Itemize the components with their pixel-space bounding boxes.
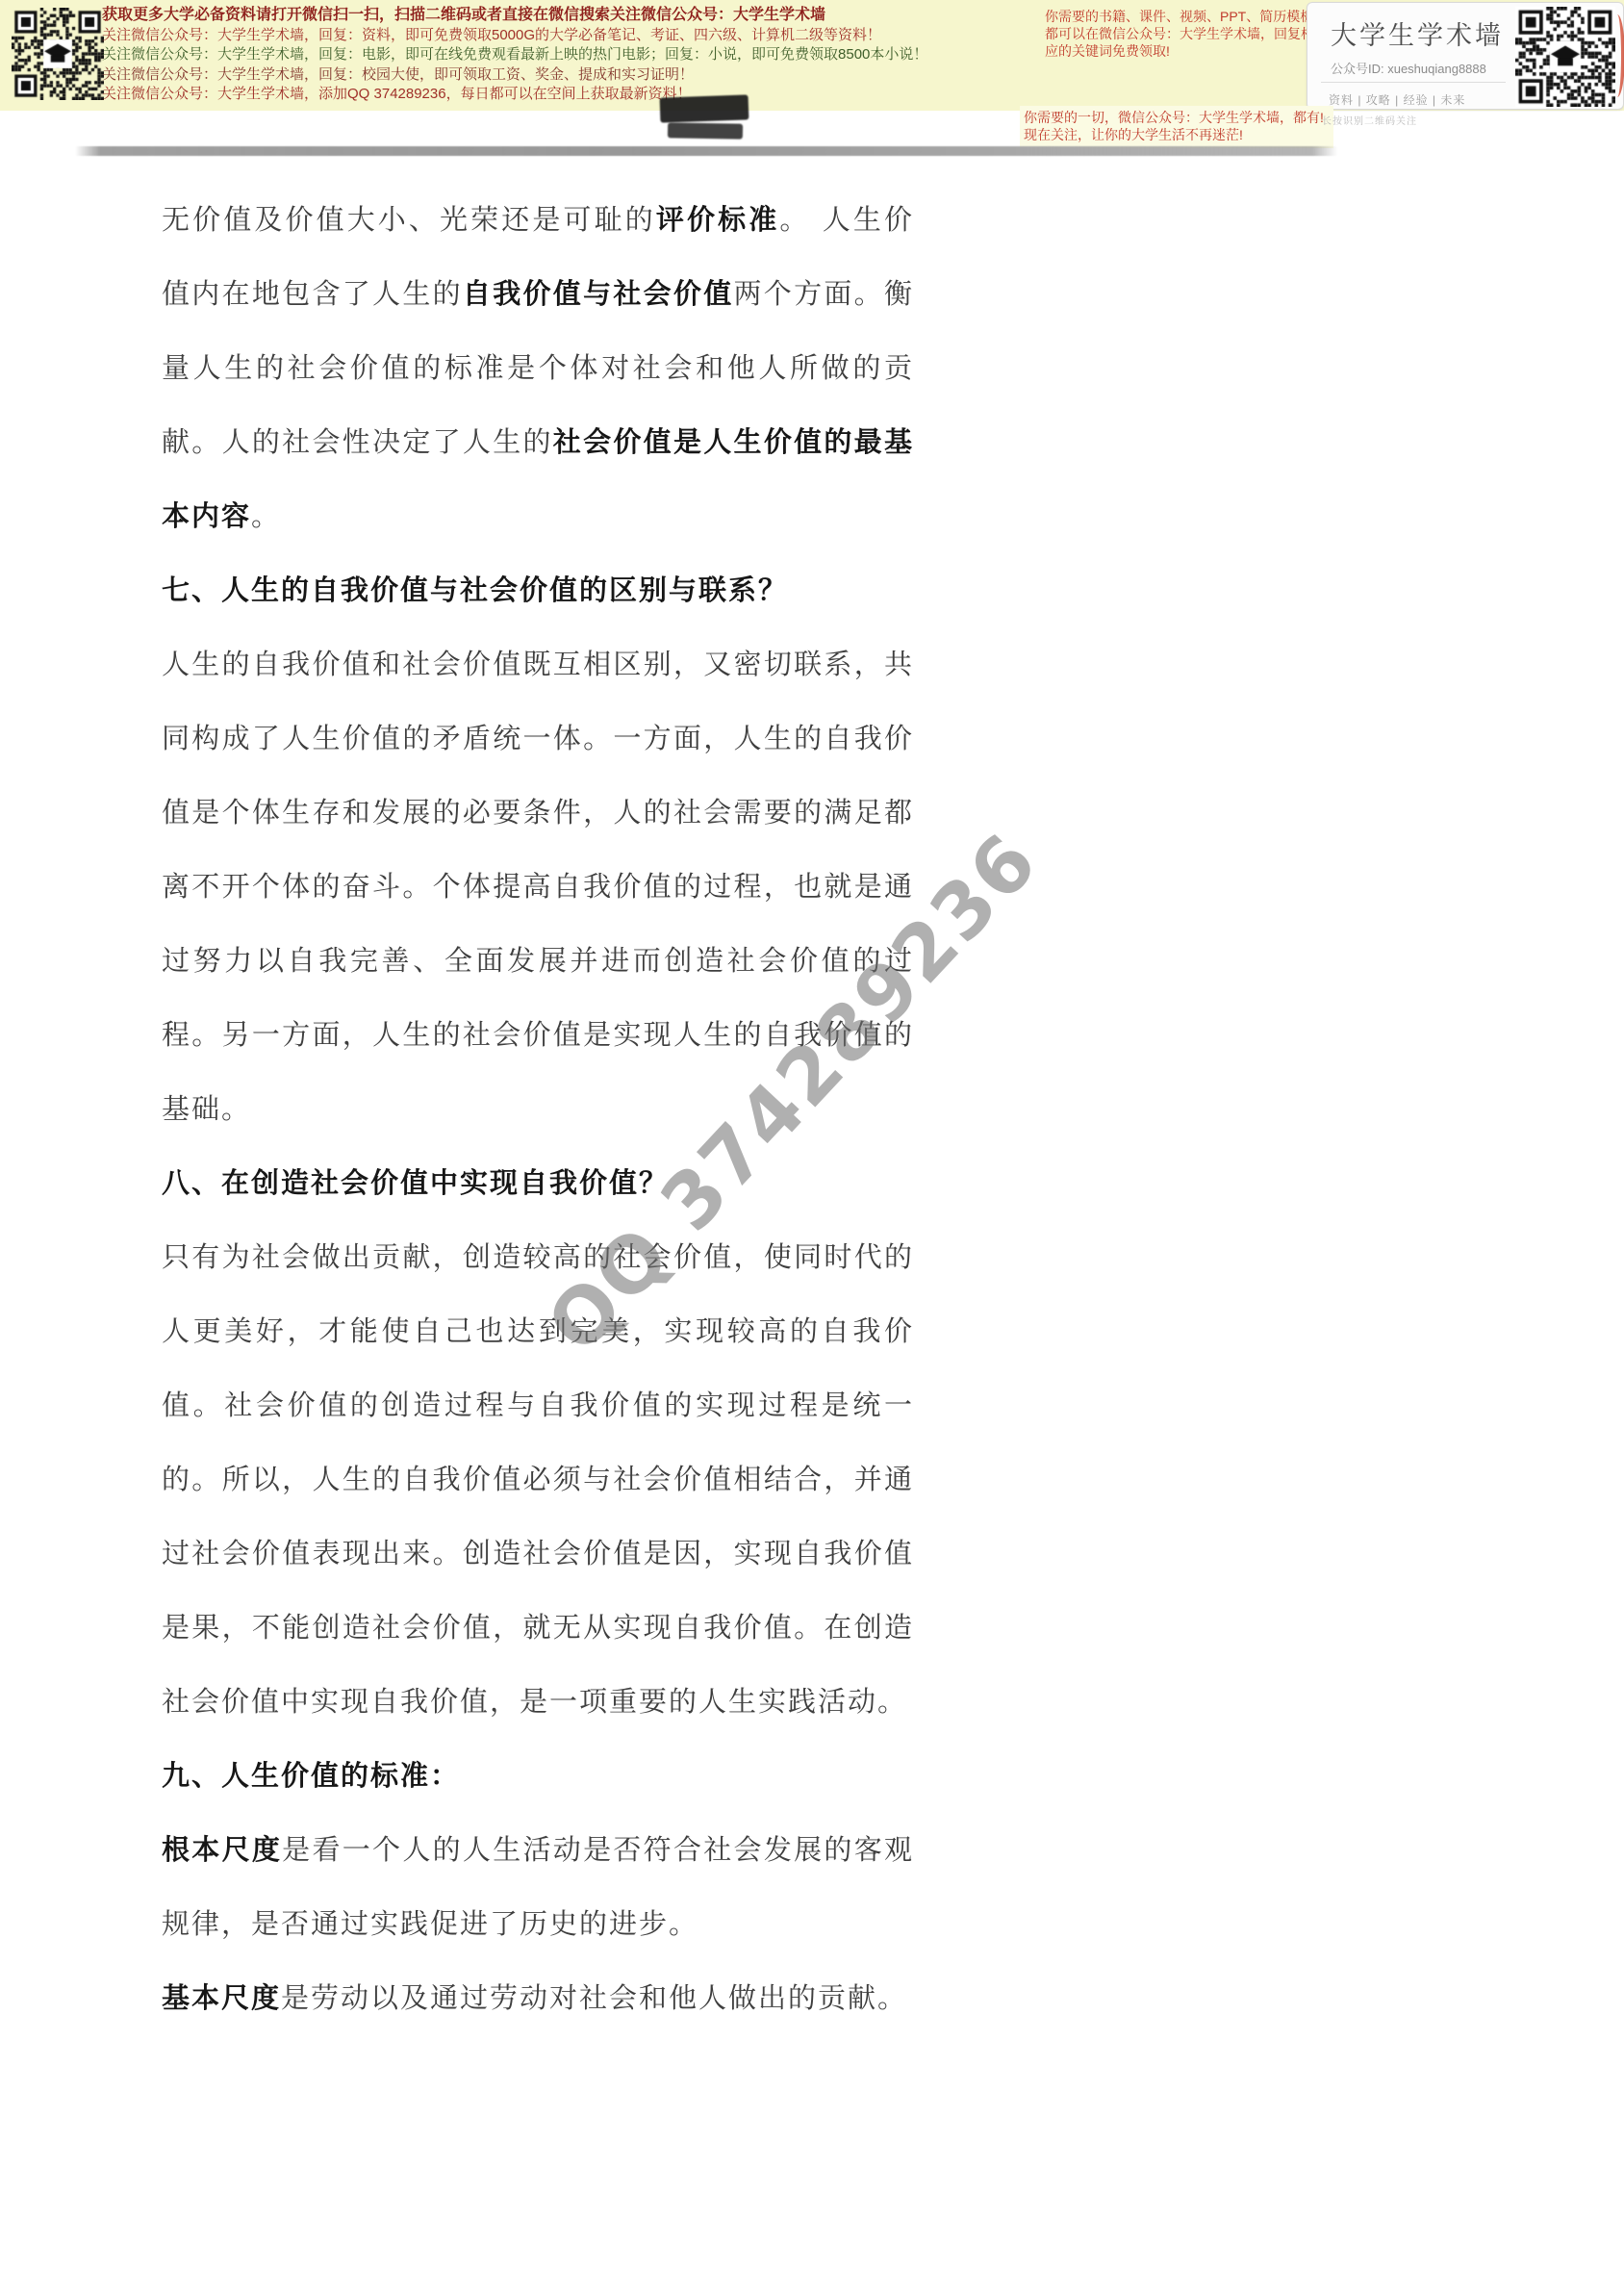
heading: 七、人生的自我价值与社会价值的区别与联系？ (162, 553, 914, 627)
promo-line: 关注微信公众号：大学生学术墙，添加QQ 374289236，每日都可以在空间上获… (102, 85, 927, 105)
bold-text: 基本尺度 (162, 1981, 281, 2014)
qr-scan-hint: 长按识别二维码关注 (1322, 113, 1417, 127)
promo-line: 都可以在微信公众号：大学生学术墙，回复相 (1045, 25, 1314, 42)
bold-text: 根本尺度 (162, 1833, 282, 1866)
bold-text: 八、在创造社会价值中实现自我价值？ (162, 1166, 669, 1199)
redaction-smudge (660, 94, 749, 122)
promo-line: 现在关注，让你的大学生活不再迷茫! (1024, 126, 1324, 143)
bold-text: 七、人生的自我价值与社会价值的区别与联系？ (162, 574, 788, 606)
middle-promo-text-bottom: 你需要的一切，微信公众号：大学生学术墙，都有!现在关注，让你的大学生活不再迷茫! (1020, 106, 1333, 148)
body-text: 。 (251, 499, 281, 532)
bold-text: 九、人生价值的标准： (162, 1759, 460, 1792)
paragraph: 只有为社会做出贡献，创造较高的社会价值，使同时代的人更美好，才能使自己也达到完美… (162, 1220, 914, 1739)
card-footer-tags: 资料 | 攻略 | 经验 | 未来 (1329, 91, 1465, 108)
promo-line: 关注微信公众号：大学生学术墙，回复：校园大使，即可领取工资、奖金、提成和实习证明… (102, 65, 927, 86)
promo-line: 你需要的书籍、课件、视频、PPT、简历模板 (1045, 8, 1314, 25)
scanned-document-page: { "banner": { "left_lines": [ {"text": "… (0, 0, 1624, 2295)
promo-banner: 获取更多大学必备资料请打开微信扫一扫，扫描二维码或者直接在微信搜索关注微信公众号… (0, 0, 1624, 111)
promo-line: 关注微信公众号：大学生学术墙，回复：电影，即可在线免费观看最新上映的热门电影；回… (102, 45, 927, 65)
card-divider (1321, 82, 1506, 83)
paragraph: 根本尺度是看一个人的人生活动是否符合社会发展的客观规律，是否通过实践促进了历史的… (162, 1813, 914, 1961)
promo-line: 应的关键词免费领取! (1045, 42, 1314, 60)
bold-text: 评价标准 (656, 203, 779, 236)
promo-line: 获取更多大学必备资料请打开微信扫一扫，扫描二维码或者直接在微信搜索关注微信公众号… (102, 6, 927, 26)
red-edge-mark (1610, 14, 1624, 97)
promo-line: 关注微信公众号：大学生学术墙，回复：资料，即可免费领取5000G的大学必备笔记、… (102, 26, 927, 46)
middle-promo-text-top: 你需要的书籍、课件、视频、PPT、简历模板都可以在微信公众号：大学生学术墙，回复… (1045, 8, 1314, 60)
wechat-qr-code-left (12, 8, 104, 100)
paragraph: 基本尺度是劳动以及通过劳动对社会和他人做出的贡献。 (162, 1961, 914, 2035)
redaction-smudge (668, 122, 743, 139)
account-id: 公众号ID: xueshuqiang8888 (1331, 59, 1486, 77)
promo-line: 你需要的一切，微信公众号：大学生学术墙，都有! (1024, 109, 1324, 126)
account-card-title: 大学生学术墙 (1331, 14, 1504, 52)
heading: 八、在创造社会价值中实现自我价值？ (162, 1146, 914, 1220)
paragraph: 无价值及价值大小、光荣还是可耻的评价标准。 人生价值内在地包含了人生的自我价值与… (162, 183, 914, 553)
banner-promo-lines: 获取更多大学必备资料请打开微信扫一扫，扫描二维码或者直接在微信搜索关注微信公众号… (102, 6, 927, 105)
heading: 九、人生价值的标准： (162, 1739, 914, 1813)
bold-text: 自我价值与社会价值 (463, 277, 734, 310)
scan-artifact-strip (75, 146, 1337, 156)
wechat-qr-code-right (1515, 7, 1615, 107)
body-text: 是劳动以及通过劳动对社会和他人做出的贡献。 (281, 1981, 907, 2014)
official-account-card: 大学生学术墙 公众号ID: xueshuqiang8888 资料 | 攻略 | … (1307, 2, 1624, 110)
body-text: 无价值及价值大小、光荣还是可耻的 (162, 203, 656, 236)
